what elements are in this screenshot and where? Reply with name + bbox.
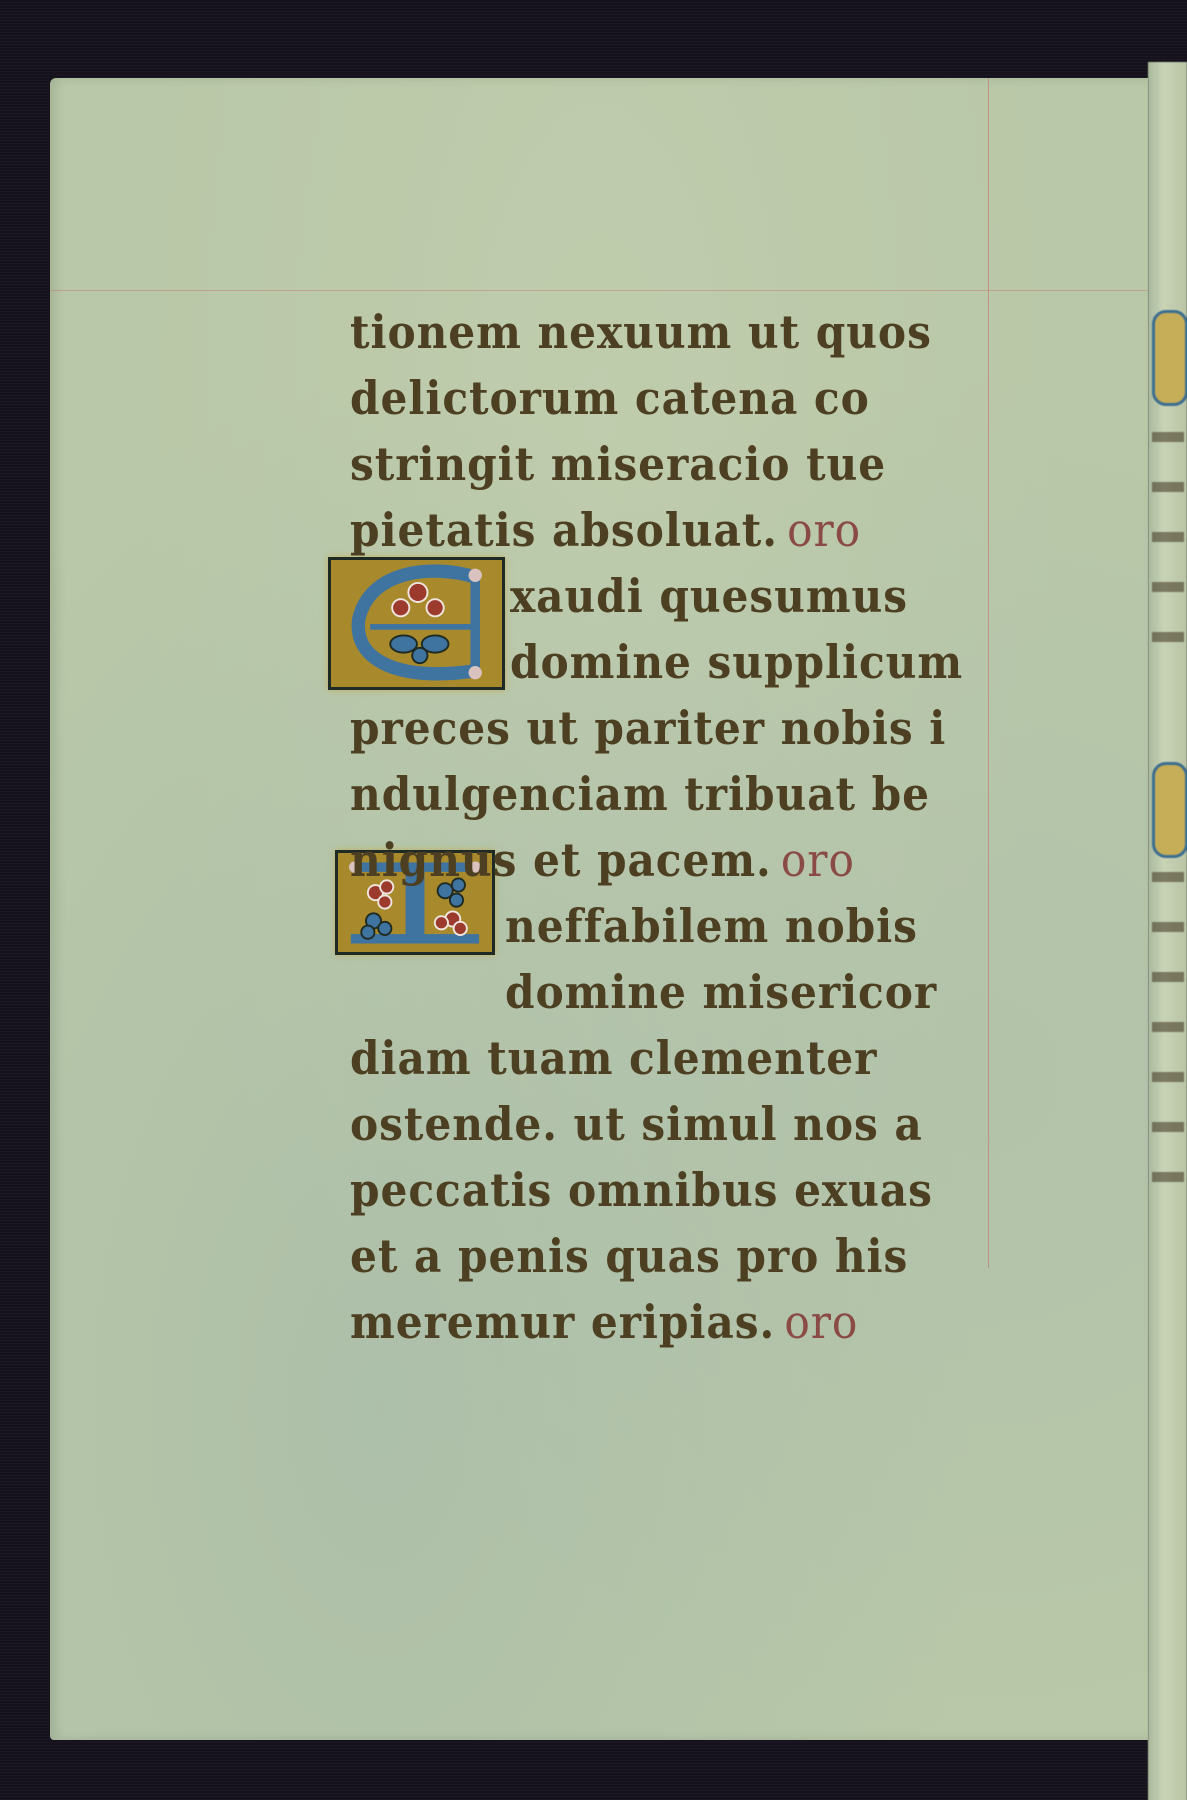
- ruling-line-right: [988, 78, 989, 1268]
- text-line: ndulgenciam tribuat be: [350, 767, 930, 833]
- line-text: stringit miseracio tue: [350, 437, 886, 491]
- text-line: domine misericor: [505, 965, 937, 1031]
- text-line: neffabilem nobis: [505, 899, 918, 965]
- line-text: meremur eripias.: [350, 1295, 775, 1349]
- adjacent-text-line: [1152, 482, 1184, 492]
- adjacent-text-line: [1152, 1172, 1184, 1182]
- ruling-line-top: [50, 290, 1148, 291]
- line-text: domine misericor: [505, 965, 937, 1019]
- text-line: tionem nexuum ut quos: [350, 305, 932, 371]
- text-line: domine supplicum: [510, 635, 963, 701]
- line-text: ndulgenciam tribuat be: [350, 767, 930, 821]
- line-text: domine supplicum: [510, 635, 963, 689]
- line-text: delictorum catena co: [350, 371, 870, 425]
- rubric-oratio: oro: [781, 833, 855, 887]
- text-line: stringit miseracio tue: [350, 437, 886, 503]
- initial-e-artwork: [331, 560, 502, 687]
- text-line: diam tuam clementer: [350, 1031, 877, 1097]
- text-line: peccatis omnibus exuas: [350, 1163, 933, 1229]
- text-line: delictorum catena co: [350, 371, 870, 437]
- illuminated-initial-e-icon: [328, 557, 505, 690]
- line-text: diam tuam clementer: [350, 1031, 877, 1085]
- line-text: xaudi quesumus: [510, 569, 908, 623]
- adjacent-text-line: [1152, 532, 1184, 542]
- line-text: tionem nexuum ut quos: [350, 305, 932, 359]
- rubric-oratio: oro: [787, 503, 861, 557]
- adjacent-text-line: [1152, 1022, 1184, 1032]
- adjacent-text-line: [1152, 1122, 1184, 1132]
- adjacent-text-line: [1152, 632, 1184, 642]
- text-line: et a penis quas pro his: [350, 1229, 908, 1295]
- text-line: nignus et pacem.oro: [350, 833, 855, 899]
- adjacent-text-line: [1152, 872, 1184, 882]
- adjacent-initial-icon: [1152, 310, 1187, 406]
- adjacent-folio-edge: [1148, 62, 1187, 1800]
- text-line: meremur eripias.oro: [350, 1295, 858, 1361]
- text-line: preces ut pariter nobis i: [350, 701, 946, 767]
- adjacent-initial-icon: [1152, 762, 1187, 858]
- line-text: ostende. ut simul nos a: [350, 1097, 923, 1151]
- line-text: neffabilem nobis: [505, 899, 918, 953]
- line-text: nignus et pacem.: [350, 833, 772, 887]
- line-text: et a penis quas pro his: [350, 1229, 908, 1283]
- rubric-oratio: oro: [784, 1295, 858, 1349]
- adjacent-text-line: [1152, 922, 1184, 932]
- line-text: pietatis absoluat.: [350, 503, 778, 557]
- adjacent-text-line: [1152, 432, 1184, 442]
- text-line: ostende. ut simul nos a: [350, 1097, 923, 1163]
- line-text: preces ut pariter nobis i: [350, 701, 946, 755]
- text-line: xaudi quesumus: [510, 569, 908, 635]
- adjacent-text-line: [1152, 972, 1184, 982]
- line-text: peccatis omnibus exuas: [350, 1163, 933, 1217]
- text-line: pietatis absoluat.oro: [350, 503, 861, 569]
- adjacent-text-line: [1152, 582, 1184, 592]
- adjacent-text-line: [1152, 1072, 1184, 1082]
